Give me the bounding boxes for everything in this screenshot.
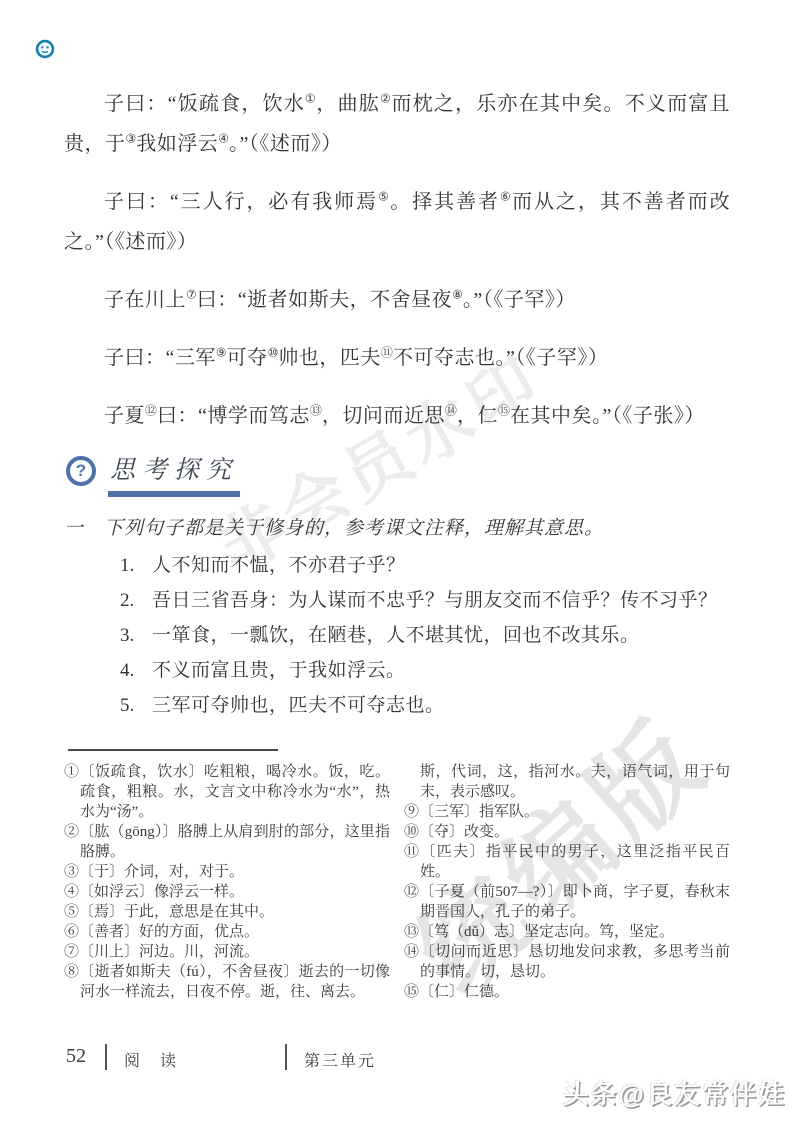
footnote-number: ⑭ (404, 944, 420, 960)
footnote-number: ⑤ (64, 904, 79, 920)
list-item-text: 吾日三省吾身：为人谋而不忠乎？与朋友交而不信乎？传不习乎？ (152, 583, 730, 618)
explore-section-title: 思考探究 (108, 456, 240, 497)
footnote-number: ⑦ (64, 944, 79, 960)
list-item-text: 一箪食，一瓢饮，在陋巷，人不堪其忧，回也不改其乐。 (152, 618, 730, 653)
footnote-text: 〔匹夫〕指平民中的男子，这里泛指平民百姓。 (420, 844, 730, 880)
analects-passage-5: 子夏⑫曰：“博学而笃志⑬，切问而近思⑭，仁⑮在其中矣。”（《子张》） (64, 396, 730, 436)
footnote-text: 〔笃（dǔ）志〕坚定志向。笃，坚定。 (419, 924, 674, 940)
footnote-number: ⑥ (64, 924, 79, 940)
question-text: 下列句子都是关于修身的，参考课文注释，理解其意思。 (104, 511, 730, 546)
page-footer: 52 阅 读 第三单元 (64, 1044, 730, 1074)
analects-passage-2: 子曰：“三人行，必有我师焉⑤。择其善者⑥而从之，其不善者而改之。”（《述而》） (64, 182, 730, 262)
footnote-number: ⑨ (404, 804, 419, 820)
list-item: 2. 吾日三省吾身：为人谋而不忠乎？与朋友交而不信乎？传不习乎？ (120, 583, 730, 618)
footnote-text: 〔夺〕改变。 (419, 824, 509, 840)
textbook-page: 非会员水印 统编版 子曰：“饭疏食，饮水①，曲肱②而枕之，乐亦在其中矣。不义而富… (0, 0, 794, 1121)
footnote-divider (68, 749, 278, 751)
analects-passage-4: 子曰：“三军⑨可夺⑩帅也，匹夫⑪不可夺志也。”（《子罕》） (64, 338, 730, 378)
footnote-text: 〔子夏（前507—?）〕即卜商，字子夏，春秋末期晋国人，孔子的弟子。 (419, 884, 730, 920)
footnote: ⑤〔焉〕于此，意思是在其中。 (64, 902, 390, 922)
analects-passage-3: 子在川上⑦曰：“逝者如斯夫，不舍昼夜⑧。”（《子罕》） (64, 280, 730, 320)
footnote: ⑩〔夺〕改变。 (404, 822, 730, 842)
list-item-number: 1. (120, 548, 152, 583)
footnote-number: ⑩ (404, 824, 419, 840)
footer-section-unit: 第三单元 (304, 1048, 376, 1071)
footer-section-reading: 阅 读 (124, 1048, 184, 1071)
footnote-text: 〔三军〕指军队。 (419, 804, 539, 820)
footnote: ①〔饭疏食，饮水〕吃粗粮，喝冷水。饭，吃。疏食，粗粮。水，文言文中称冷水为“水”… (64, 762, 390, 822)
footnote: ⑧〔逝者如斯夫（fú），不舍昼夜〕逝去的一切像河水一样流去，日夜不停。逝，往、离… (64, 962, 390, 1002)
footnote-text: 〔焉〕于此，意思是在其中。 (79, 904, 274, 920)
footnote: ⑨〔三军〕指军队。 (404, 802, 730, 822)
question-number: 一 (64, 511, 104, 546)
footnote-text: 〔如浮云〕像浮云一样。 (79, 884, 244, 900)
explore-section-header: ? 思考探究 (66, 456, 730, 497)
list-item-number: 4. (120, 653, 152, 688)
footnote-number: ① (64, 764, 80, 780)
footnote-text: 〔仁〕仁德。 (419, 984, 509, 1000)
list-item-number: 2. (120, 583, 152, 618)
question-item-list: 1. 人不知而不愠，不亦君子乎？ 2. 吾日三省吾身：为人谋而不忠乎？与朋友交而… (120, 548, 730, 723)
smiley-icon (35, 39, 55, 59)
footnote-column-right: 斯，代词，这，指河水。夫，语气词，用于句末，表示感叹。 ⑨〔三军〕指军队。 ⑩〔… (404, 762, 730, 1002)
footnote: ④〔如浮云〕像浮云一样。 (64, 882, 390, 902)
page-number: 52 (66, 1045, 86, 1068)
footnote: ⑭〔切问而近思〕恳切地发问求教，多思考当前的事情。切，恳切。 (404, 942, 730, 982)
footnote-text: 〔于〕介词，对，对于。 (79, 864, 244, 880)
list-item-text: 不义而富且贵，于我如浮云。 (152, 653, 730, 688)
footnote: ⑦〔川上〕河边。川，河流。 (64, 942, 390, 962)
footnote-text: 〔川上〕河边。川，河流。 (79, 944, 259, 960)
footnotes: ①〔饭疏食，饮水〕吃粗粮，喝冷水。饭，吃。疏食，粗粮。水，文言文中称冷水为“水”… (64, 762, 730, 1002)
list-item-number: 5. (120, 688, 152, 723)
footnote: ⑫〔子夏（前507—?）〕即卜商，字子夏，春秋末期晋国人，孔子的弟子。 (404, 882, 730, 922)
footnote-number: ⑪ (404, 844, 420, 860)
footnote: ②〔肱（gōng）〕胳膊上从肩到肘的部分，这里指胳膊。 (64, 822, 390, 862)
footnote-text: 〔善者〕好的方面，优点。 (79, 924, 259, 940)
footnote: ③〔于〕介词，对，对于。 (64, 862, 390, 882)
analects-passage-1: 子曰：“饭疏食，饮水①，曲肱②而枕之，乐亦在其中矣。不义而富且贵，于③我如浮云④… (64, 84, 730, 164)
question-circle-icon: ? (66, 456, 96, 486)
footnote-number: ③ (64, 864, 79, 880)
footnote-text: 斯，代词，这，指河水。夫，语气词，用于句末，表示感叹。 (420, 764, 730, 800)
footnote-text: 〔饭疏食，饮水〕吃粗粮，喝冷水。饭，吃。疏食，粗粮。水，文言文中称冷水为“水”，… (80, 764, 390, 820)
footnote: ⑪〔匹夫〕指平民中的男子，这里泛指平民百姓。 (404, 842, 730, 882)
footnote-text: 〔切问而近思〕恳切地发问求教，多思考当前的事情。切，恳切。 (420, 944, 730, 980)
footer-divider (285, 1044, 287, 1070)
footnote-text: 〔逝者如斯夫（fú），不舍昼夜〕逝去的一切像河水一样流去，日夜不停。逝，往、离去… (79, 964, 390, 1000)
watermark-bottom: 头条@良友常伴娃 (563, 1074, 786, 1111)
list-item: 1. 人不知而不愠，不亦君子乎？ (120, 548, 730, 583)
list-item: 5. 三军可夺帅也，匹夫不可夺志也。 (120, 688, 730, 723)
footnote-column-left: ①〔饭疏食，饮水〕吃粗粮，喝冷水。饭，吃。疏食，粗粮。水，文言文中称冷水为“水”… (64, 762, 390, 1002)
footnote: ⑥〔善者〕好的方面，优点。 (64, 922, 390, 942)
list-item: 4. 不义而富且贵，于我如浮云。 (120, 653, 730, 688)
footnote: ⑬〔笃（dǔ）志〕坚定志向。笃，坚定。 (404, 922, 730, 942)
footnote-number: ⑧ (64, 964, 79, 980)
footnote-number: ⑫ (404, 884, 419, 900)
footnote-continuation: 斯，代词，这，指河水。夫，语气词，用于句末，表示感叹。 (404, 762, 730, 802)
list-item-number: 3. (120, 618, 152, 653)
footnote-number: ⑬ (404, 924, 419, 940)
list-item: 3. 一箪食，一瓢饮，在陋巷，人不堪其忧，回也不改其乐。 (120, 618, 730, 653)
footnote: ⑮〔仁〕仁德。 (404, 982, 730, 1002)
footnote-number: ④ (64, 884, 79, 900)
list-item-text: 人不知而不愠，不亦君子乎？ (152, 548, 730, 583)
footer-divider (105, 1044, 107, 1070)
footnote-number: ② (64, 824, 79, 840)
footnote-number: ⑮ (404, 984, 419, 1000)
explore-question: 一 下列句子都是关于修身的，参考课文注释，理解其意思。 (64, 511, 730, 546)
list-item-text: 三军可夺帅也，匹夫不可夺志也。 (152, 688, 730, 723)
footnote-text: 〔肱（gōng）〕胳膊上从肩到肘的部分，这里指胳膊。 (79, 824, 390, 860)
page-content: 子曰：“饭疏食，饮水①，曲肱②而枕之，乐亦在其中矣。不义而富且贵，于③我如浮云④… (64, 84, 730, 1002)
